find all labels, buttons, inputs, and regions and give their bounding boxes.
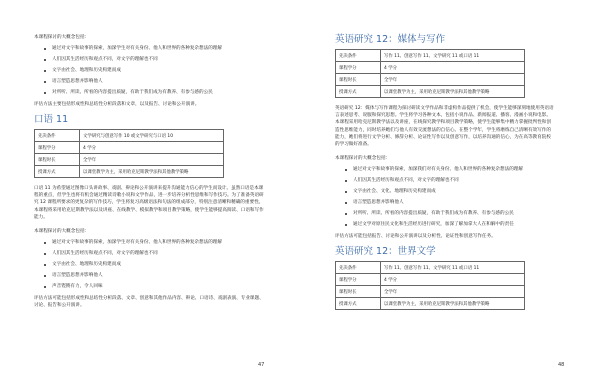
table-key: 授课方式 [35,166,80,178]
list-item: 人们因其生活经历和观点不同，对文字的理解也不同 [34,57,266,63]
big-ideas-intro: 本课程探讨的大概念包括： [34,34,266,41]
table-key: 授课方式 [336,86,381,98]
assessment-text: 评估方法可能包括报告、讨论和公开演讲以及分析性、论证性和创意写作任务。 [335,233,555,240]
list-item: 文字由社会、地理和历史构建而成 [34,262,266,268]
course-title-speaking-11: 口语 11 [34,114,266,126]
table-row: 课程学分4 学分 [336,274,525,286]
list-item: 通过对文字和故事的探索，加深我们对有关身份、他人和世界的各种复杂想法的理解 [335,167,555,173]
table-row: 先决条件文学研究与创意写作 10 或文学研究与口语 10 [35,130,224,142]
table-value: 以课堂教学为主，采用哈克尼斯教学法和其他教学策略 [381,298,525,310]
big-ideas-list: 通过对文字和故事的探索，加深学生对有关身份、他人和世界的各种复杂想法的理解 人们… [34,46,266,96]
page-number: 48 [558,362,564,368]
table-row: 授课方式以课堂教学为主，采用哈克尼斯教学法和其他教学策略 [336,86,525,98]
table-key: 先决条件 [35,130,80,142]
table-row: 先决条件写作 11、创意写作 11、文学研究 11 或口语 11 [336,262,525,274]
course-description: 英语研究 12：媒体与写作课程为探讨研读文学作品和非虚构作品提供了机会，使学生能… [335,105,555,148]
table-key: 课程时长 [35,154,80,166]
table-value: 写作 11、创意写作 11、文学研究 11 或口语 11 [381,50,525,62]
table-key: 先决条件 [336,50,381,62]
course-info-table: 先决条件写作 11、创意写作 11、文学研究 11 或口语 11 课程学分4 学… [335,49,525,98]
course-info-table: 先决条件写作 11、创意写作 11、文学研究 11 或口语 11 课程学分4 学… [335,261,525,310]
table-value: 全学年 [80,154,224,166]
table-value: 4 学分 [80,142,224,154]
course-info-table: 先决条件文学研究与创意写作 10 或文学研究与口语 10 课程学分4 学分 课程… [34,129,224,178]
list-item: 语言塑造思想并影响他人 [34,79,266,85]
list-item: 通过文学对原住民文化和生活经历进行研究，加深了解加拿大人在和解中的责任 [335,222,555,228]
list-item: 人们因其生活经历和观点不同，对文字的理解也不同 [335,178,555,184]
table-value: 全学年 [381,286,525,298]
course-description: 口语 11 为希望通过图像口头讲故事、戏剧、辩论和公开演讲来提升沟通能力信心的学… [34,185,266,221]
table-value: 以课堂教学为主，采用哈克尼斯教学法和其他教学策略 [80,166,224,178]
table-row: 先决条件写作 11、创意写作 11、文学研究 11 或口语 11 [336,50,525,62]
course-title-world-literature: 英语研究 12：世界文学 [335,246,555,258]
list-item: 语言塑造思想并影响他人 [34,273,266,279]
table-key: 课程时长 [336,286,381,298]
right-page: 英语研究 12：媒体与写作 先决条件写作 11、创意写作 11、文学研究 11 … [300,0,600,388]
table-row: 课程时长全学年 [35,154,224,166]
table-row: 授课方式以课堂教学为主，采用哈克尼斯教学法和其他教学策略 [35,166,224,178]
table-row: 课程时长全学年 [336,286,525,298]
table-key: 授课方式 [336,298,381,310]
table-row: 课程学分4 学分 [336,62,525,74]
table-key: 先决条件 [336,262,381,274]
table-key: 课程学分 [35,142,80,154]
course-title-media-writing: 英语研究 12：媒体与写作 [335,34,555,46]
table-value: 以课堂教学为主，采用哈克尼斯教学法和其他教学策略 [381,86,525,98]
list-item: 通过对文字和故事的探索，加深学生对有关身份、他人和世界的各种复杂想法的理解 [34,240,266,246]
table-row: 课程时长全学年 [336,74,525,86]
big-ideas-list: 通过对文字和故事的探索，加深我们对有关身份、他人和世界的各种复杂想法的理解 人们… [335,167,555,228]
big-ideas-intro: 本课程探讨的大概念包括： [335,155,555,162]
list-item: 文字由社会、地理和历史构建而成 [34,68,266,74]
list-item: 通过对文字和故事的探索，加深学生对有关身份、他人和世界的各种复杂想法的理解 [34,46,266,52]
page-number: 47 [258,362,264,368]
table-key: 课程时长 [336,74,381,86]
list-item: 文字由社会、文化、地理和历史构建而成 [335,189,555,195]
assessment-text: 评估方法主要包括形成性和总结性分析段落和文章，以及报告、讨论和公开演讲。 [34,101,266,108]
table-value: 全学年 [381,74,525,86]
table-value: 文学研究与创意写作 10 或文学研究与口语 10 [80,130,224,142]
list-item: 对所听、所读、所看的内容提出质疑，有助于我们成为有教养、有参与感的公民 [335,211,555,217]
big-ideas-list: 通过对文字和故事的探索，加深学生对有关身份、他人和世界的各种复杂想法的理解 人们… [34,240,266,290]
list-item: 人们因其生活经历和观点不同，对文字的理解也不同 [34,251,266,257]
table-key: 课程学分 [336,274,381,286]
list-item: 声音铿锵有力，令人回味 [34,284,266,290]
table-value: 4 学分 [381,274,525,286]
list-item: 对所听、所读、所看的内容提出质疑，有助于我们成为有教养、有参与感的公民 [34,90,266,96]
left-page: 本课程探讨的大概念包括： 通过对文字和故事的探索，加深学生对有关身份、他人和世界… [0,0,300,388]
list-item: 语言塑造思想并影响他人 [335,200,555,206]
table-row: 授课方式以课堂教学为主，采用哈克尼斯教学法和其他教学策略 [336,298,525,310]
big-ideas-intro: 本课程探讨的大概念包括： [34,228,266,235]
table-value: 写作 11、创意写作 11、文学研究 11 或口语 11 [381,262,525,274]
assessment-text: 评估方法可能包括形成性和总结性分析段落、文章、创意和其他作品内容、辩论、口语诗、… [34,295,266,309]
table-row: 课程学分4 学分 [35,142,224,154]
table-key: 课程学分 [336,62,381,74]
table-value: 4 学分 [381,62,525,74]
